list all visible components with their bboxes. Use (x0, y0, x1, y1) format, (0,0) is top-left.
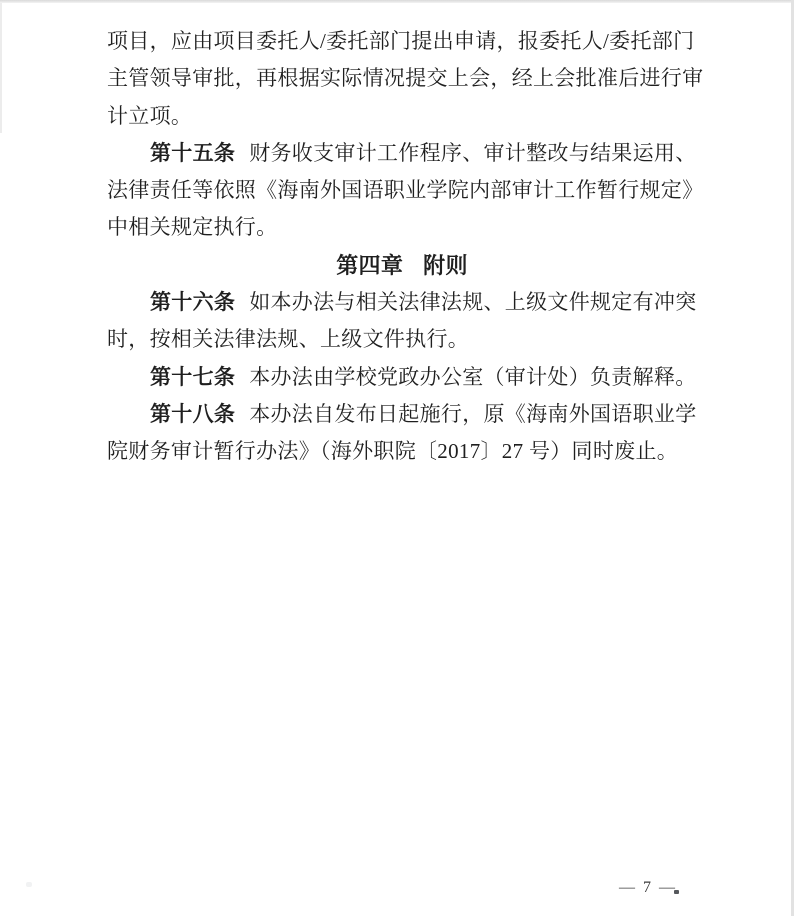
scan-edge-left (0, 3, 2, 133)
article-text: 本办法由学校党政办公室（审计处）负责解释。 (249, 365, 696, 389)
document-body: 项目，应由项目委托人/委托部门提出申请，报委托人/委托部门 主管领导审批，再根据… (107, 23, 697, 471)
chapter-number-label: 第四章 (336, 253, 403, 278)
body-line-article-16: 第十六条如本办法与相关法律法规、上级文件规定有冲突 (107, 284, 697, 321)
body-line: 院财务审计暂行办法》（海外职院〔2017〕27 号）同时废止。 (107, 433, 697, 470)
article-number-label: 第十六条 (150, 290, 235, 314)
body-line: 法律责任等依照《海南外国语职业学院内部审计工作暂行规定》 (107, 172, 697, 209)
body-line-article-15: 第十五条财务收支审计工作程序、审计整改与结果运用、 (107, 135, 697, 172)
article-number-label: 第十八条 (150, 402, 235, 426)
article-text: 本办法自发布日起施行，原《海南外国语职业学 (249, 402, 696, 426)
body-line: 主管领导审批，再根据实际情况提交上会，经上会批准后进行审 (107, 60, 697, 97)
document-page: 项目，应由项目委托人/委托部门提出申请，报委托人/委托部门 主管领导审批，再根据… (0, 0, 794, 916)
page-number: — 7 — (600, 874, 696, 902)
body-line: 中相关规定执行。 (107, 209, 697, 246)
article-text: 如本办法与相关法律法规、上级文件规定有冲突 (249, 290, 696, 314)
body-line-article-18: 第十八条本办法自发布日起施行，原《海南外国语职业学 (107, 396, 697, 433)
article-text: 财务收支审计工作程序、审计整改与结果运用、 (249, 141, 696, 165)
body-line: 项目，应由项目委托人/委托部门提出申请，报委托人/委托部门 (107, 23, 697, 60)
body-line-article-17: 第十七条本办法由学校党政办公室（审计处）负责解释。 (107, 359, 697, 396)
chapter-title-label: 附则 (423, 253, 468, 278)
scan-speck (674, 890, 679, 894)
scan-edge-top (0, 0, 794, 3)
article-number-label: 第十七条 (150, 365, 235, 389)
body-line: 时，按相关法律法规、上级文件执行。 (107, 321, 697, 358)
article-number-label: 第十五条 (150, 141, 235, 165)
body-line: 计立项。 (107, 98, 697, 135)
scan-speck (26, 882, 32, 887)
chapter-heading: 第四章附则 (107, 247, 697, 284)
